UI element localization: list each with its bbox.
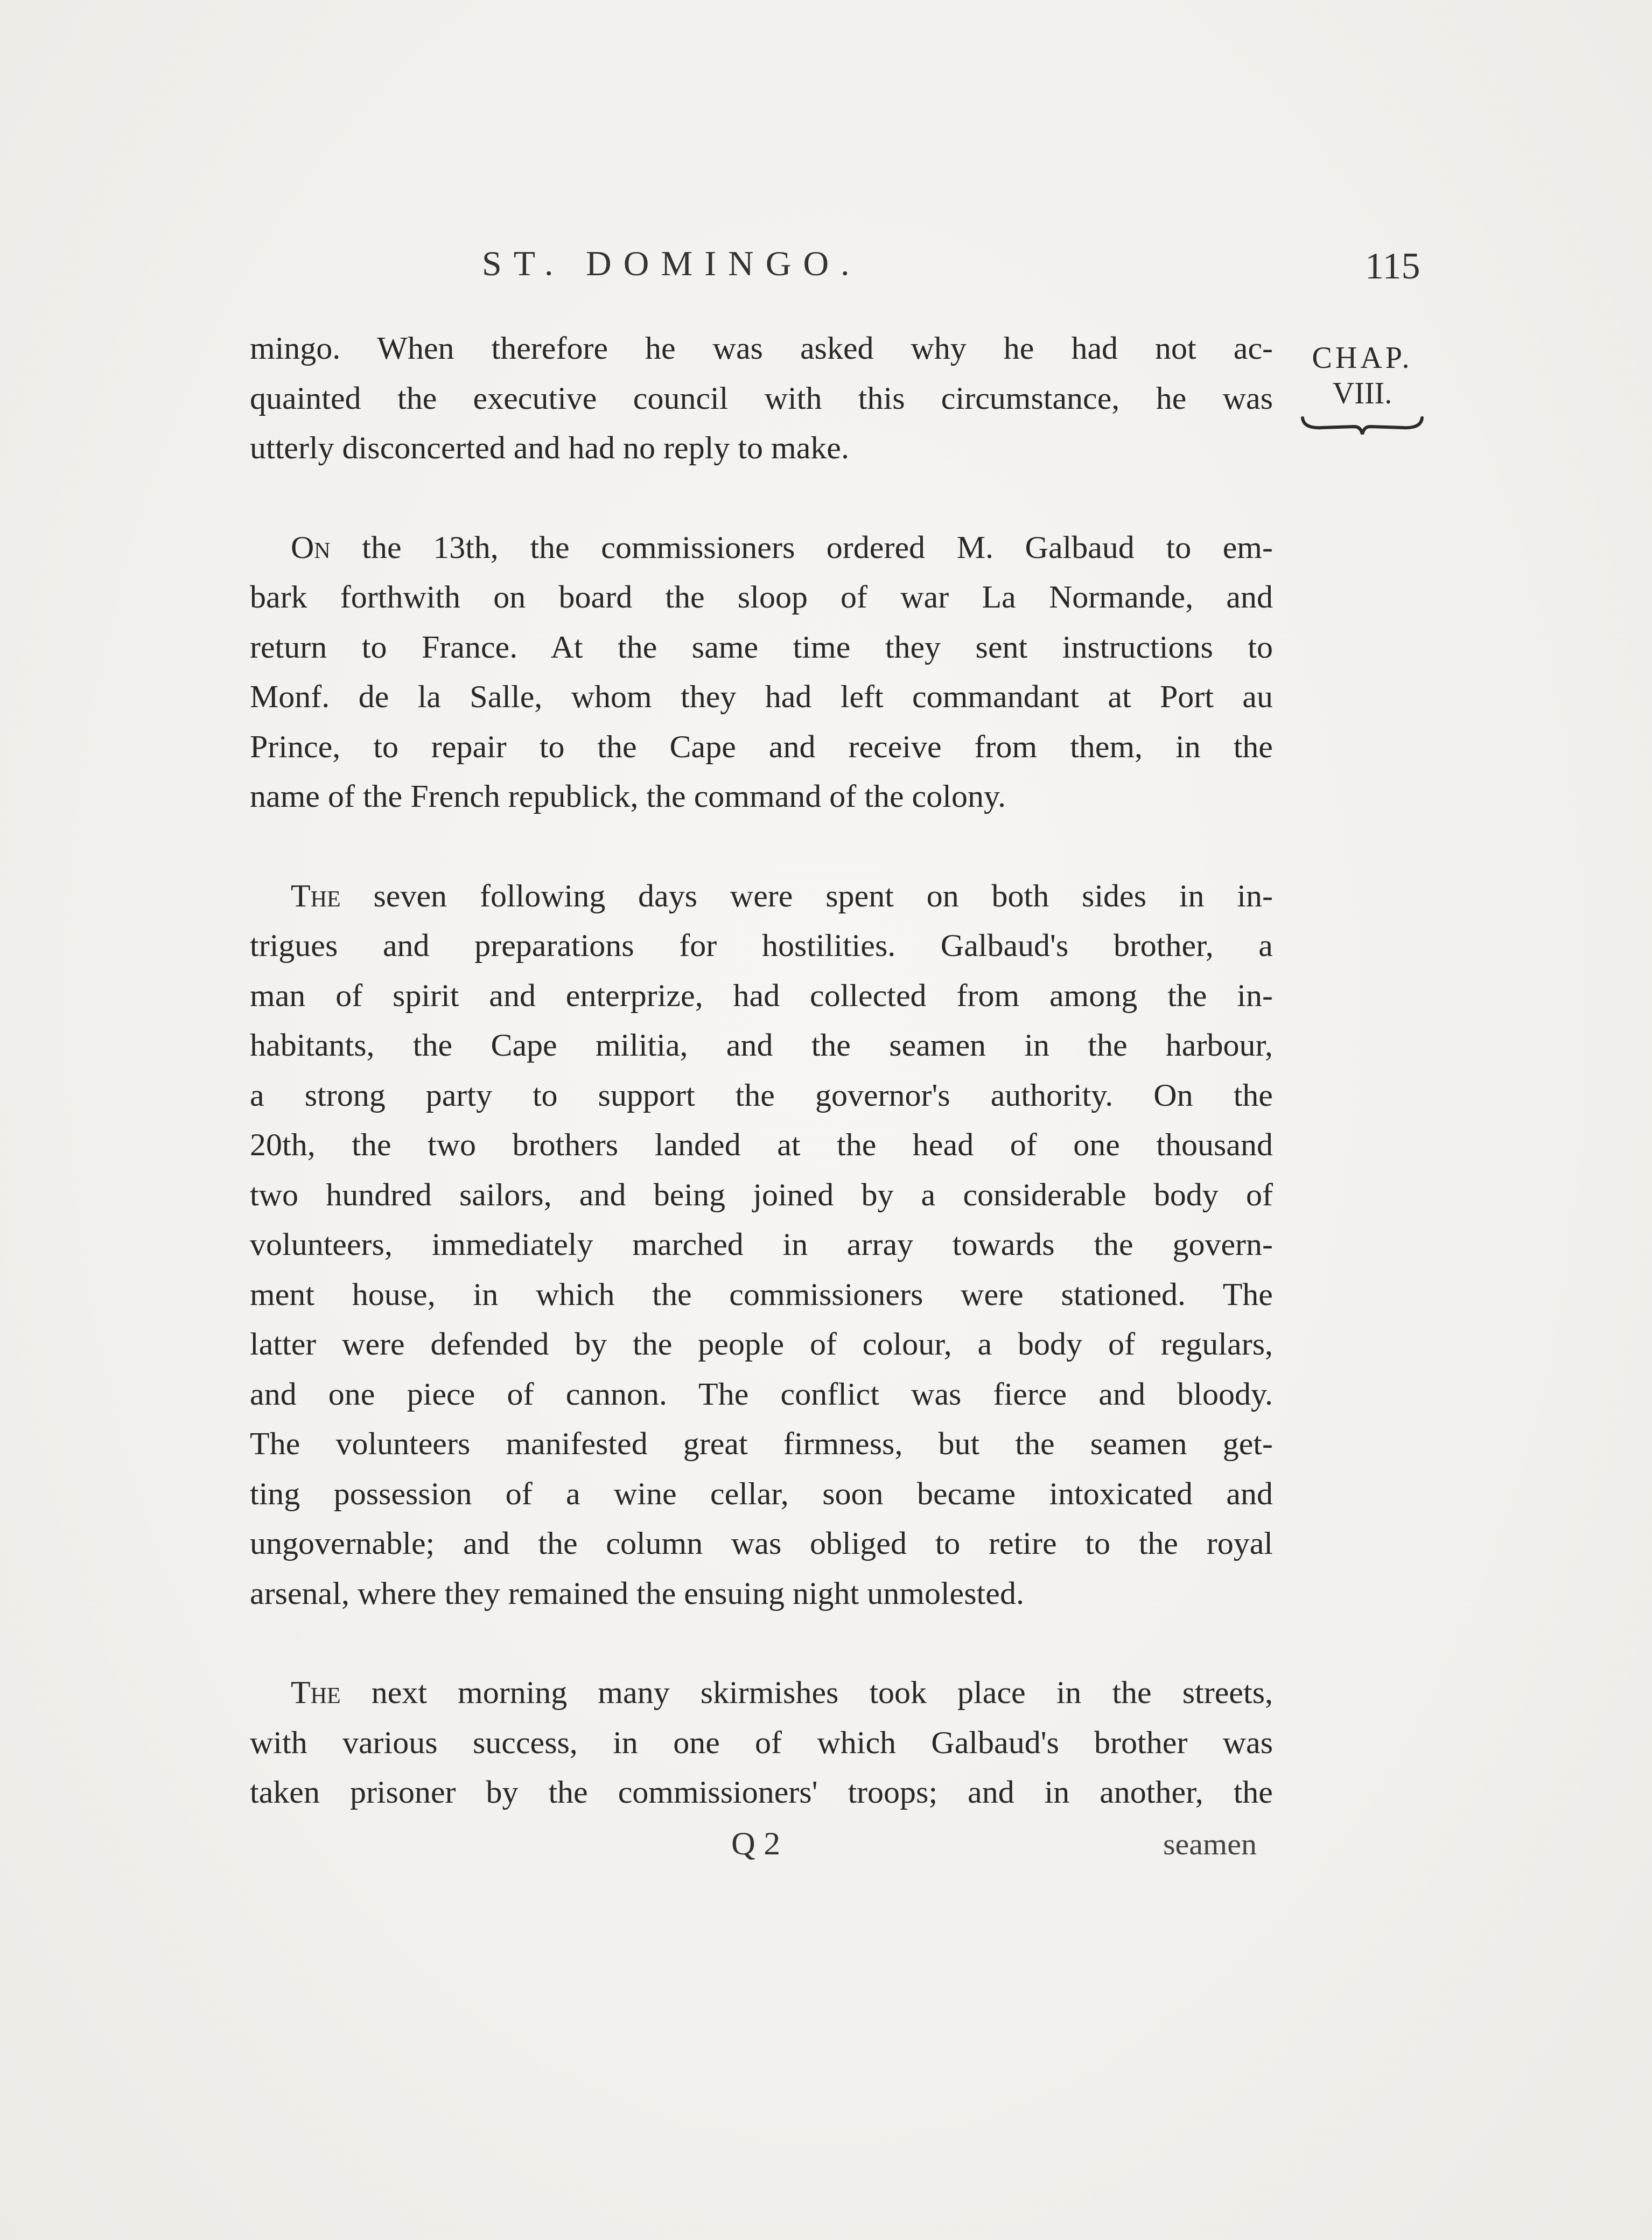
text-line-rest: next morning many skirmishes took place … (341, 1674, 1273, 1710)
text-line-first: The next morning many skirmishes took pl… (250, 1667, 1273, 1718)
text-line: name of the French republick, the comman… (250, 771, 1273, 821)
text-line: man of spirit and enterprize, had collec… (250, 971, 1273, 1021)
text-line: trigues and preparations for hostilities… (250, 920, 1273, 971)
chapter-margin-note: CHAP. VIII. (1292, 340, 1432, 436)
text-line: 20th, the two brothers landed at the hea… (250, 1120, 1273, 1170)
page-number: 115 (1365, 245, 1420, 288)
text-line: bark forthwith on board the sloop of war… (250, 572, 1273, 622)
text-line: and one piece of cannon. The conflict wa… (250, 1369, 1273, 1419)
text-line: taken prisoner by the commissioners' tro… (250, 1767, 1273, 1817)
body-text: mingo. When therefore he was asked why h… (250, 323, 1273, 1867)
text-line: mingo. When therefore he was asked why h… (250, 323, 1273, 373)
running-title: ST. DOMINGO. (482, 243, 862, 284)
text-line: two hundred sailors, and being joined by… (250, 1170, 1273, 1220)
text-line: latter were defended by the people of co… (250, 1319, 1273, 1369)
text-line: Prince, to repair to the Cape and receiv… (250, 722, 1273, 772)
text-line: volunteers, immediately marched in array… (250, 1219, 1273, 1269)
brace-icon (1300, 415, 1424, 436)
text-line-first: On the 13th, the commissioners ordered M… (250, 522, 1273, 573)
paragraph-lead: On (291, 529, 331, 565)
text-line: with various success, in one of which Ga… (250, 1718, 1273, 1768)
text-line: habitants, the Cape militia, and the sea… (250, 1020, 1273, 1070)
text-line: The volunteers manifested great firmness… (250, 1419, 1273, 1469)
text-line: quainted the executive council with this… (250, 373, 1273, 423)
text-line: arsenal, where they remained the ensuing… (250, 1568, 1273, 1618)
text-line: return to France. At the same time they … (250, 622, 1273, 672)
paragraph-lead: The (291, 878, 341, 913)
chapter-label: CHAP. (1292, 340, 1432, 376)
paragraph-3: The seven following days were spent on b… (250, 871, 1273, 1618)
paragraph-4: The next morning many skirmishes took pl… (250, 1667, 1273, 1817)
text-line: ungovernable; and the column was obliged… (250, 1518, 1273, 1568)
text-line-rest: seven following days were spent on both … (341, 878, 1273, 913)
text-line-first: The seven following days were spent on b… (250, 871, 1273, 921)
book-page: ST. DOMINGO. 115 CHAP. VIII. mingo. When… (0, 0, 1652, 2240)
catchword: seamen (1163, 1826, 1257, 1862)
text-line: a strong party to support the governor's… (250, 1070, 1273, 1120)
paragraph-lead: The (291, 1674, 341, 1710)
text-line: ting possession of a wine cellar, soon b… (250, 1469, 1273, 1519)
paragraph-2: On the 13th, the commissioners ordered M… (250, 522, 1273, 821)
text-line: Monf. de la Salle, whom they had left co… (250, 672, 1273, 722)
text-line-rest: the 13th, the commissioners ordered M. G… (331, 529, 1273, 565)
chapter-number: VIII. (1292, 376, 1432, 411)
signature-mark: Q 2 (731, 1825, 780, 1863)
paragraph-1: mingo. When therefore he was asked why h… (250, 323, 1273, 473)
text-line: utterly disconcerted and had no reply to… (250, 423, 1273, 473)
text-line: ment house, in which the commissioners w… (250, 1269, 1273, 1320)
